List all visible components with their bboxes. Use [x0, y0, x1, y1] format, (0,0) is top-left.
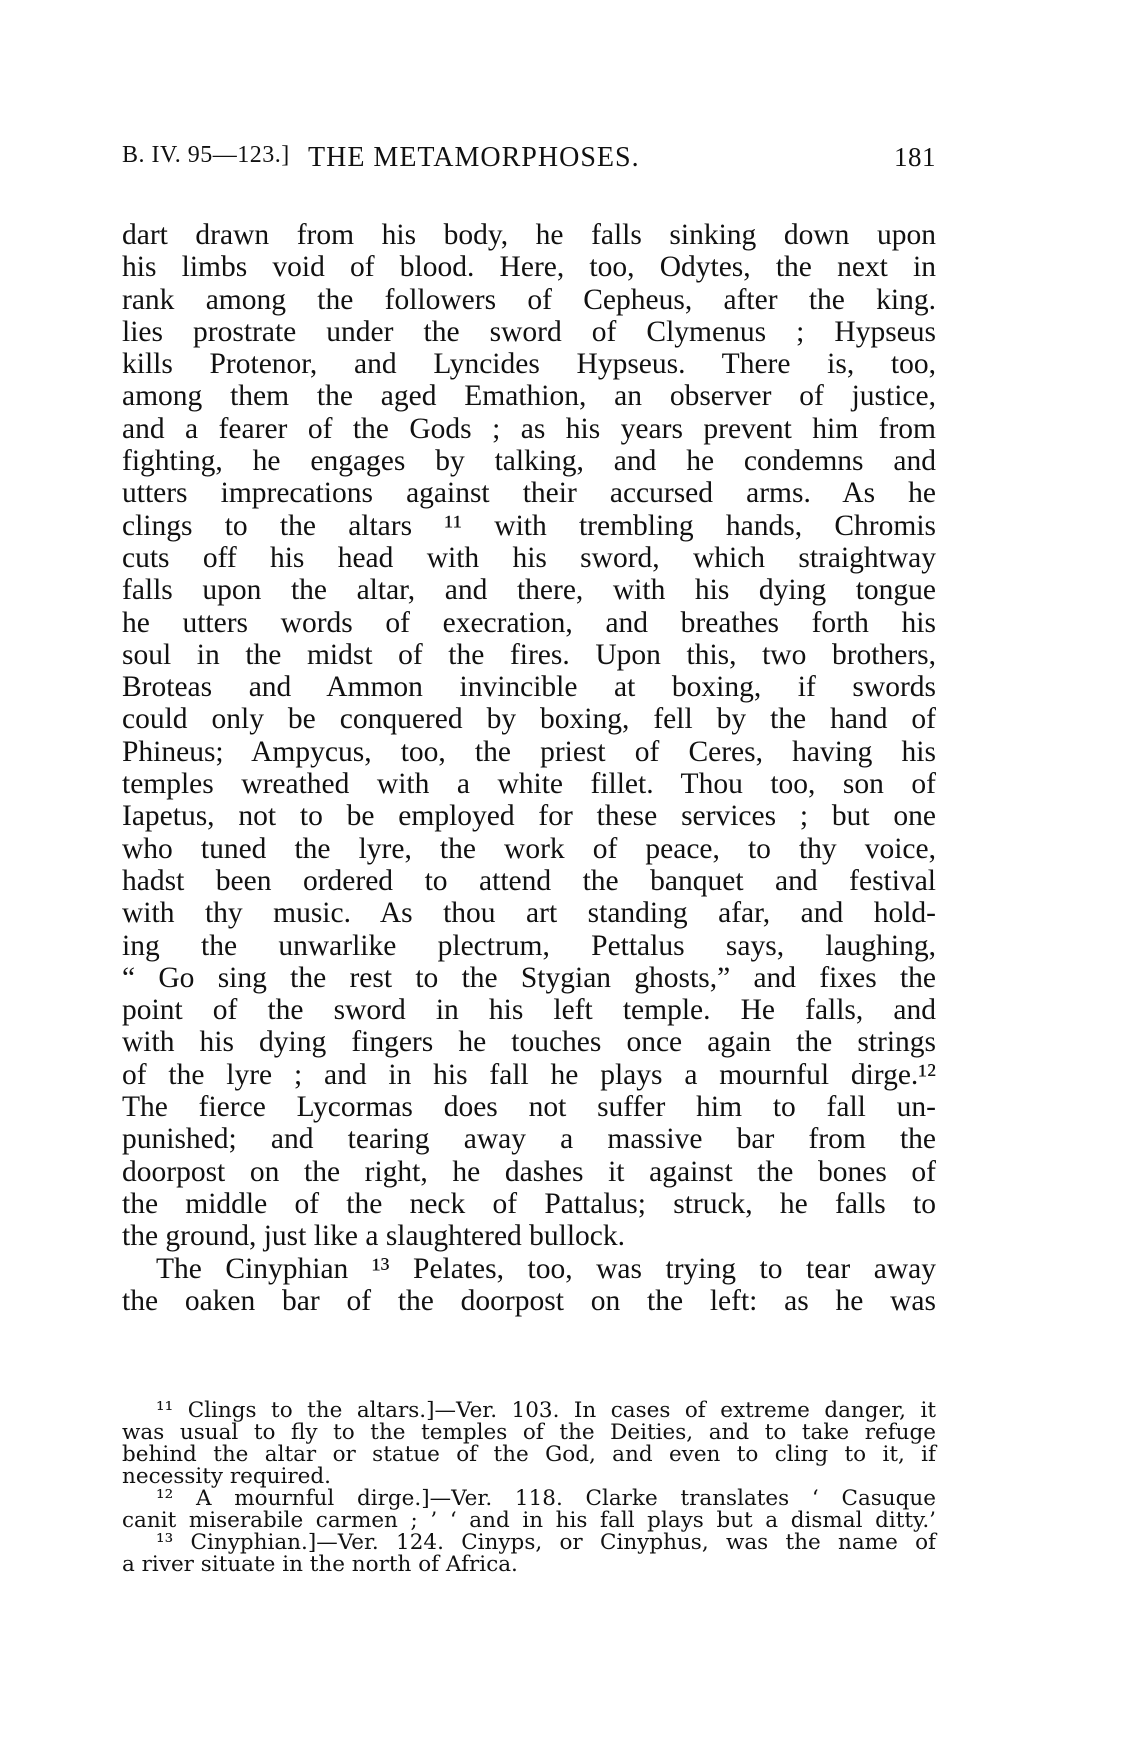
- text-line: ing the unwarlike plectrum, Pettalus say…: [122, 930, 936, 962]
- text-line: he utters words of execration, and breat…: [122, 607, 936, 639]
- text-line: punished; and tearing away a massive bar…: [122, 1123, 936, 1155]
- text-line: rank among the followers of Cepheus, aft…: [122, 284, 936, 316]
- text-line-paragraph-start: The Cinyphian ¹³ Pelates, too, was tryin…: [122, 1253, 936, 1285]
- footnote-12-line: canit miserabile carmen ; ’ ‘ and in his…: [122, 1510, 936, 1532]
- text-line: cuts off his head with his sword, which …: [122, 542, 936, 574]
- text-line: of the lyre ; and in his fall he plays a…: [122, 1059, 936, 1091]
- text-line: who tuned the lyre, the work of peace, t…: [122, 833, 936, 865]
- book-verse-reference: B. IV. 95—123.]: [122, 142, 290, 169]
- text-line: utters imprecations against their accurs…: [122, 477, 936, 509]
- text-line: fighting, he engages by talking, and he …: [122, 445, 936, 477]
- text-line: “ Go sing the rest to the Stygian ghosts…: [122, 962, 936, 994]
- text-line: with his dying fingers he touches once a…: [122, 1026, 936, 1058]
- text-line: his limbs void of blood. Here, too, Odyt…: [122, 251, 936, 283]
- footnote-11-line: was usual to fly to the temples of the D…: [122, 1422, 936, 1444]
- footnote-11-line: ¹¹ Clings to the altars.]—Ver. 103. In c…: [122, 1400, 936, 1422]
- text-line: kills Protenor, and Lyncides Hypseus. Th…: [122, 348, 936, 380]
- text-line: lies prostrate under the sword of Clymen…: [122, 316, 936, 348]
- text-line: could only be conquered by boxing, fell …: [122, 703, 936, 735]
- text-line: doorpost on the right, he dashes it agai…: [122, 1156, 936, 1188]
- text-line: falls upon the altar, and there, with hi…: [122, 574, 936, 606]
- footnote-11-line: necessity required.: [122, 1466, 936, 1488]
- running-header: B. IV. 95—123.] THE METAMORPHOSES. 181: [122, 142, 936, 182]
- footnote-12-line: ¹² A mournful dirge.]—Ver. 118. Clarke t…: [122, 1488, 936, 1510]
- text-line: the middle of the neck of Pattalus; stru…: [122, 1188, 936, 1220]
- footnote-13-line: a river situate in the north of Africa.: [122, 1554, 936, 1576]
- text-line: The fierce Lycormas does not suffer him …: [122, 1091, 936, 1123]
- text-line: point of the sword in his left temple. H…: [122, 994, 936, 1026]
- text-line: and a fearer of the Gods ; as his years …: [122, 413, 936, 445]
- page-number: 181: [894, 142, 936, 173]
- text-line: clings to the altars ¹¹ with trembling h…: [122, 510, 936, 542]
- text-line: the oaken bar of the doorpost on the lef…: [122, 1285, 936, 1317]
- footnotes: ¹¹ Clings to the altars.]—Ver. 103. In c…: [122, 1400, 936, 1576]
- text-line: the ground, just like a slaughtered bull…: [122, 1220, 936, 1252]
- text-line: temples wreathed with a white fillet. Th…: [122, 768, 936, 800]
- footnote-11-line: behind the altar or statue of the God, a…: [122, 1444, 936, 1466]
- text-line: hadst been ordered to attend the banquet…: [122, 865, 936, 897]
- book-page: B. IV. 95—123.] THE METAMORPHOSES. 181 d…: [0, 0, 1134, 1761]
- text-line: Broteas and Ammon invincible at boxing, …: [122, 671, 936, 703]
- text-line: Iapetus, not to be employed for these se…: [122, 800, 936, 832]
- text-line: Phineus; Ampycus, too, the priest of Cer…: [122, 736, 936, 768]
- text-line: soul in the midst of the fires. Upon thi…: [122, 639, 936, 671]
- text-line: with thy music. As thou art standing afa…: [122, 897, 936, 929]
- running-title: THE METAMORPHOSES.: [308, 142, 640, 174]
- main-text: dart drawn from his body, he falls sinki…: [122, 219, 936, 1317]
- text-line: among them the aged Emathion, an observe…: [122, 380, 936, 412]
- text-line: dart drawn from his body, he falls sinki…: [122, 219, 936, 251]
- footnote-13-line: ¹³ Cinyphian.]—Ver. 124. Cinyps, or Ciny…: [122, 1532, 936, 1554]
